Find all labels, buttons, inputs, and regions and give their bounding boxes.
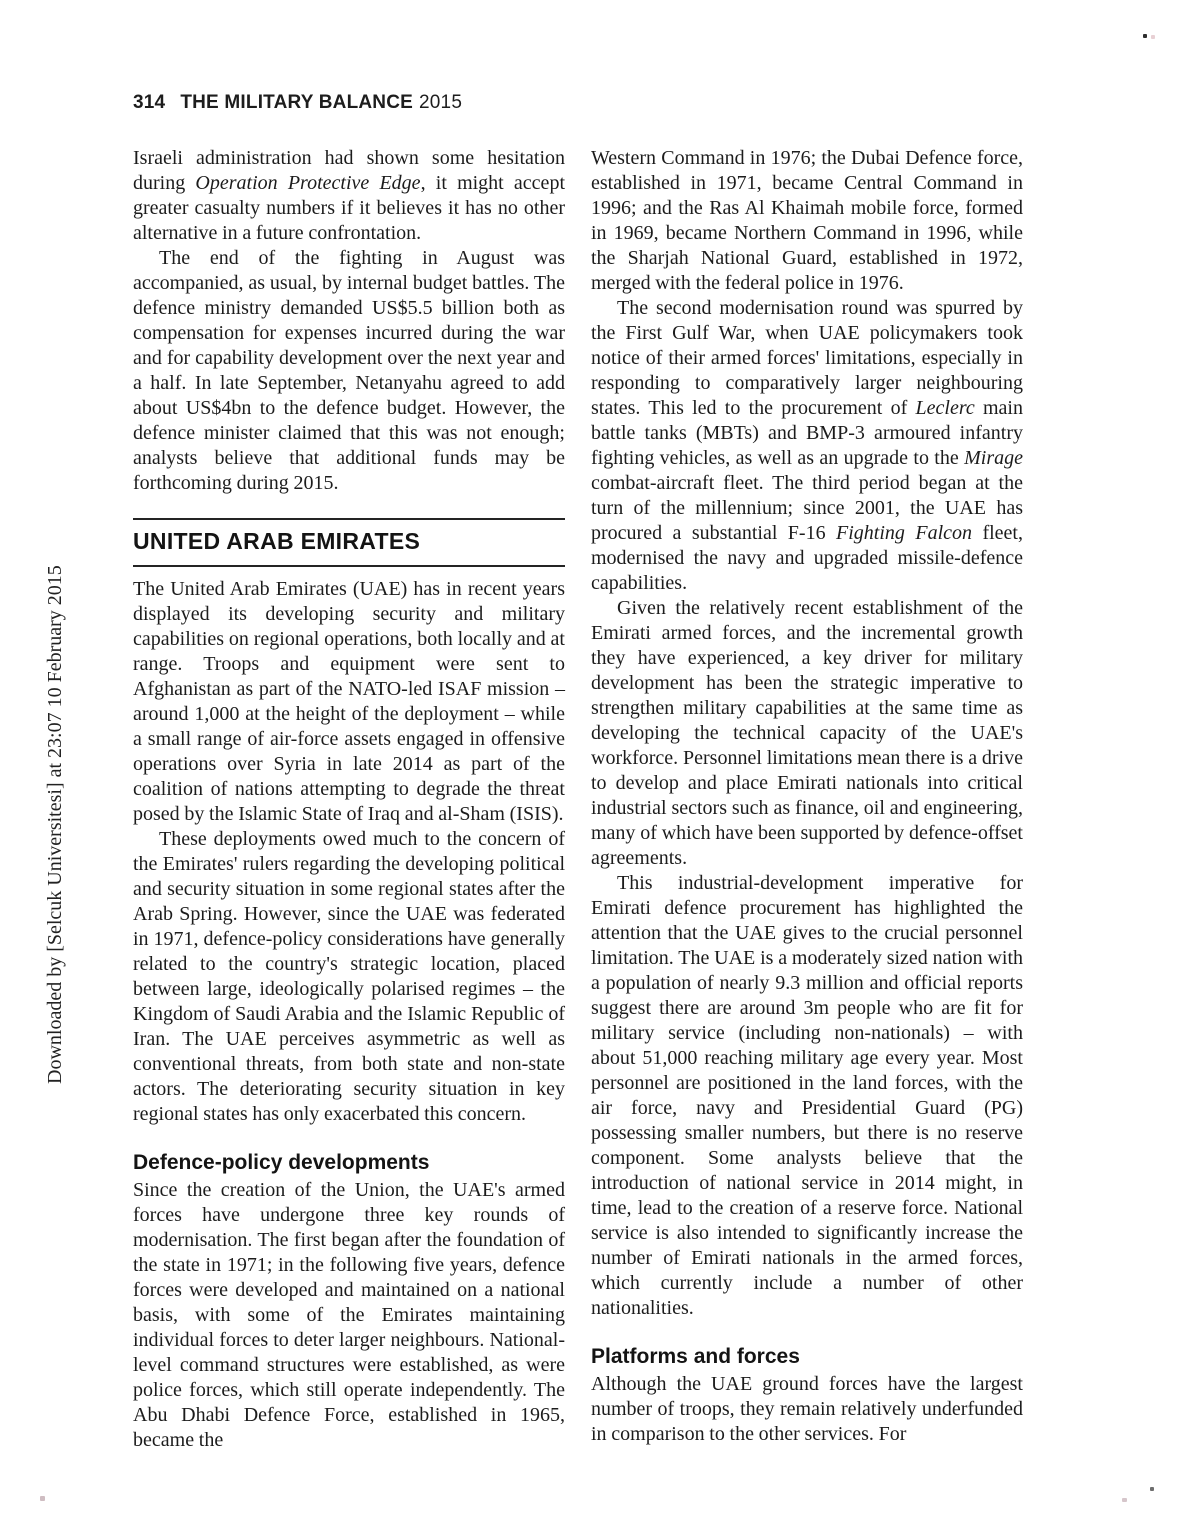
italic-text-run: Leclerc [916,397,975,419]
text-run: This industrial-development imperative f… [591,872,1023,1319]
scan-speck-bottom-right-2 [1122,1498,1127,1502]
text-run: Given the relatively recent establishmen… [591,597,1023,869]
two-column-text-block: Israeli administration had shown some he… [133,146,1023,1453]
text-run: Western Command in 1976; the Dubai Defen… [591,147,1023,294]
scan-speck-bottom-right [1150,1487,1154,1491]
scan-speck-bottom-left [40,1496,45,1501]
edition-year: 2015 [419,92,462,113]
paragraph-uae-introduction: The United Arab Emirates (UAE) has in re… [133,577,565,827]
paragraph-union-modernisation: Since the creation of the Union, the UAE… [133,1178,565,1453]
paragraph-western-command: Western Command in 1976; the Dubai Defen… [591,146,1023,296]
download-watermark: Downloaded by [Selcuk Universitesi] at 2… [44,565,67,1084]
book-title: THE MILITARY BALANCE [180,92,413,113]
paragraph-second-modernisation-round: The second modernisation round was spurr… [591,296,1023,596]
paragraph-budget-battles: The end of the fighting in August was ac… [133,246,565,496]
subheading-defence-policy-developments: Defence-policy developments [133,1151,565,1175]
left-column: Israeli administration had shown some he… [133,146,565,1453]
paragraph-industrial-development: This industrial-development imperative f… [591,871,1023,1321]
section-heading-united-arab-emirates: UNITED ARAB EMIRATES [133,518,565,567]
italic-text-run: Mirage [964,447,1023,469]
subheading-platforms-and-forces: Platforms and forces [591,1345,1023,1369]
italic-text-run: Operation Protective Edge [195,172,420,194]
text-run: The end of the fighting in August was ac… [133,247,565,494]
text-run: The United Arab Emirates (UAE) has in re… [133,578,565,825]
scan-speck-top-right [1143,34,1147,38]
text-run: These deployments owed much to the conce… [133,828,565,1125]
page-number: 314 [133,92,165,113]
running-header: 314THE MILITARY BALANCE2015 [133,92,462,114]
scanned-book-page: Downloaded by [Selcuk Universitesi] at 2… [0,0,1186,1534]
paragraph-emirati-establishment: Given the relatively recent establishmen… [591,596,1023,871]
paragraph-deployments-concern: These deployments owed much to the conce… [133,827,565,1127]
text-run: Since the creation of the Union, the UAE… [133,1179,565,1451]
right-column: Western Command in 1976; the Dubai Defen… [591,146,1023,1453]
italic-text-run: Fighting Falcon [836,522,972,544]
paragraph-ground-forces-funding: Although the UAE ground forces have the … [591,1372,1023,1447]
paragraph-israel-hesitation: Israeli administration had shown some he… [133,146,565,246]
text-run: Although the UAE ground forces have the … [591,1373,1023,1445]
